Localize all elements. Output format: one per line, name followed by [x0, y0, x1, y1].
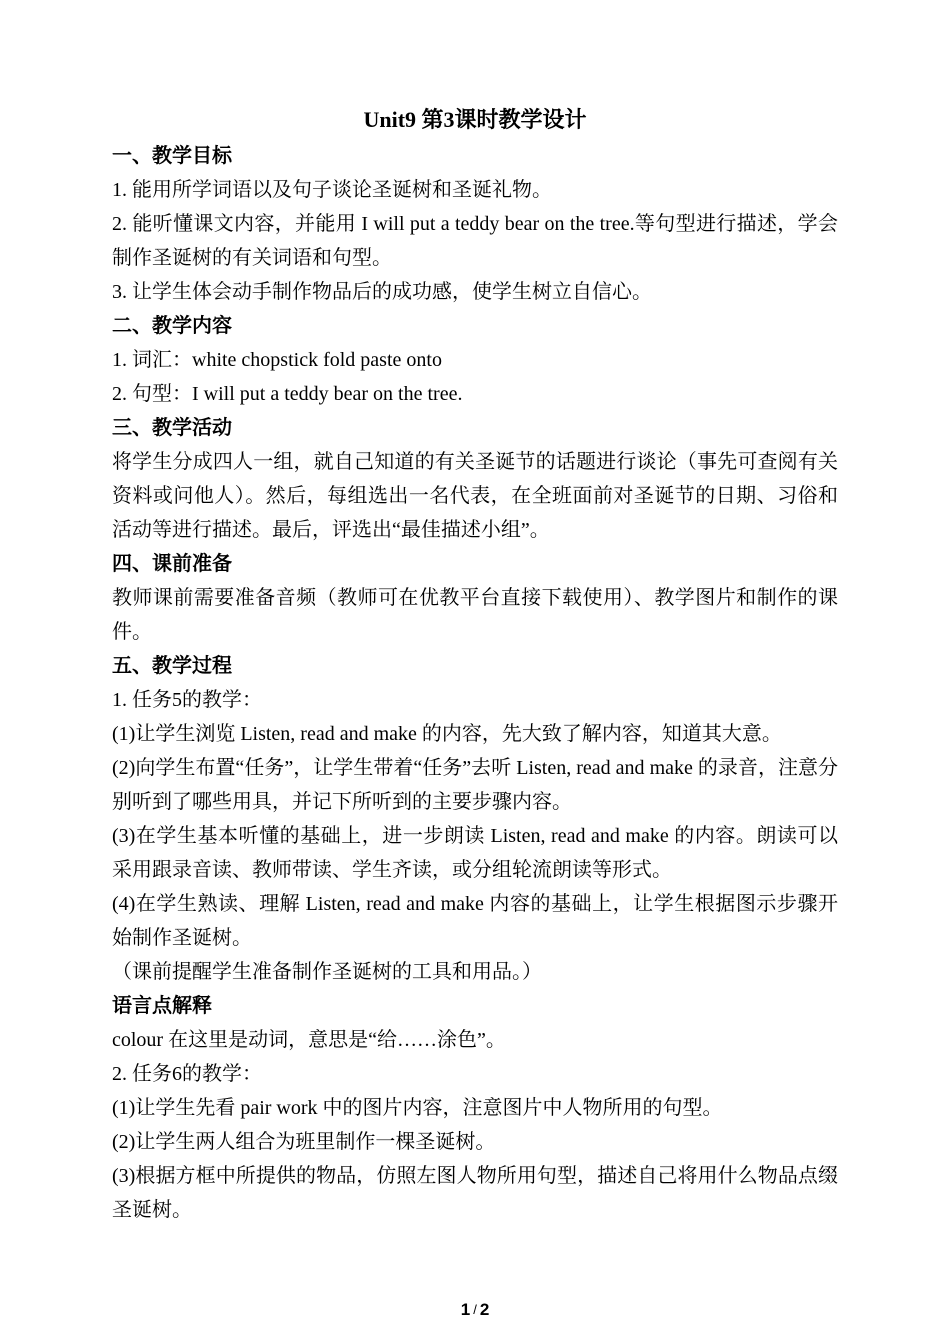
paragraph: 2. 能听懂课文内容，并能用 I will put a teddy bear o… — [112, 207, 838, 275]
paragraph: (2)向学生布置“任务”，让学生带着“任务”去听 Listen, read an… — [112, 751, 838, 819]
paragraph: 2. 句型：I will put a teddy bear on the tre… — [112, 377, 838, 411]
section-heading: 三、教学活动 — [112, 411, 838, 445]
document-body: 一、教学目标1. 能用所学词语以及句子谈论圣诞树和圣诞礼物。2. 能听懂课文内容… — [112, 139, 838, 1227]
paragraph: (1)让学生浏览 Listen, read and make 的内容，先大致了解… — [112, 717, 838, 751]
paragraph: 教师课前需要准备音频（教师可在优教平台直接下载使用）、教学图片和制作的课件。 — [112, 581, 838, 649]
paragraph: 3. 让学生体会动手制作物品后的成功感，使学生树立自信心。 — [112, 275, 838, 309]
document-page: Unit9 第3课时教学设计 一、教学目标1. 能用所学词语以及句子谈论圣诞树和… — [0, 0, 950, 1344]
current-page-number: 1 — [461, 1300, 470, 1319]
paragraph: 将学生分成四人一组，就自己知道的有关圣诞节的话题进行谈论（事先可查阅有关资料或问… — [112, 445, 838, 547]
paragraph: (3)在学生基本听懂的基础上，进一步朗读 Listen, read and ma… — [112, 819, 838, 887]
section-heading: 五、教学过程 — [112, 649, 838, 683]
paragraph: (4)在学生熟读、理解 Listen, read and make 内容的基础上… — [112, 887, 838, 955]
paragraph: 1. 能用所学词语以及句子谈论圣诞树和圣诞礼物。 — [112, 173, 838, 207]
paragraph: colour 在这里是动词，意思是“给……涂色”。 — [112, 1023, 838, 1057]
paragraph: (3)根据方框中所提供的物品，仿照左图人物所用句型，描述自己将用什么物品点缀圣诞… — [112, 1159, 838, 1227]
section-heading: 一、教学目标 — [112, 139, 838, 173]
section-heading: 语言点解释 — [112, 989, 838, 1023]
section-heading: 二、教学内容 — [112, 309, 838, 343]
paragraph: （课前提醒学生准备制作圣诞树的工具和用品。） — [112, 955, 838, 989]
paragraph: 2. 任务6的教学： — [112, 1057, 838, 1091]
paragraph: (1)让学生先看 pair work 中的图片内容，注意图片中人物所用的句型。 — [112, 1091, 838, 1125]
paragraph: 1. 词汇：white chopstick fold paste onto — [112, 343, 838, 377]
page-number: 1/2 — [0, 1300, 950, 1320]
total-page-count: 2 — [480, 1300, 489, 1319]
section-heading: 四、课前准备 — [112, 547, 838, 581]
document-title: Unit9 第3课时教学设计 — [112, 101, 838, 139]
paragraph: 1. 任务5的教学： — [112, 683, 838, 717]
page-number-separator: / — [470, 1302, 480, 1317]
paragraph: (2)让学生两人组合为班里制作一棵圣诞树。 — [112, 1125, 838, 1159]
